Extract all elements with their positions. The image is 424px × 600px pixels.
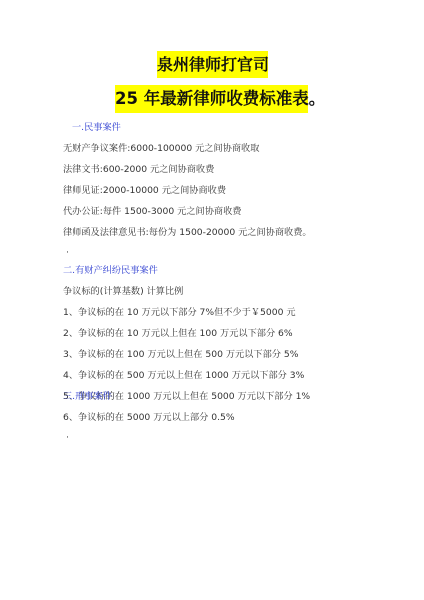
fee-line: 律师函及法律意见书:每份为 1500-20000 元之间协商收费。: [63, 226, 312, 240]
rate-line: 4、争议标的在 500 万元以上但在 1000 万元以下部分 3%: [63, 369, 304, 383]
fee-line: 律师见证:2000-10000 元之间协商收费: [63, 184, 226, 198]
fee-line: 法律文书:600-2000 元之间协商收费: [63, 163, 214, 177]
section-heading-criminal: 三.刑事案件: [63, 390, 112, 404]
rate-line: 2、争议标的在 10 万元以上但在 100 万元以下部分 6%: [63, 327, 293, 341]
title-city-lawyer: 泉州律师打官司: [157, 51, 268, 78]
calc-intro: 争议标的(计算基数) 计算比例: [63, 285, 183, 299]
bullet-dot: ·: [66, 431, 69, 445]
fee-line: 无财产争议案件:6000-100000 元之间协商收取: [63, 142, 259, 156]
title-fee-standard: 25 年最新律师收费标准表。: [115, 85, 308, 113]
bullet-dot: ·: [66, 246, 69, 260]
section-heading-civil: 一.民事案件: [72, 121, 121, 135]
rate-line: 3、争议标的在 100 万元以上但在 500 万元以下部分 5%: [63, 348, 298, 362]
rate-line: 1、争议标的在 10 万元以下部分 7%但不少于￥5000 元: [63, 306, 296, 320]
section-heading-property-civil: 二.有财产纠纷民事案件: [63, 264, 158, 278]
rate-line: 6、争议标的在 5000 万元以上部分 0.5%: [63, 411, 235, 425]
fee-line: 代办公证:每件 1500-3000 元之间协商收费: [63, 205, 241, 219]
